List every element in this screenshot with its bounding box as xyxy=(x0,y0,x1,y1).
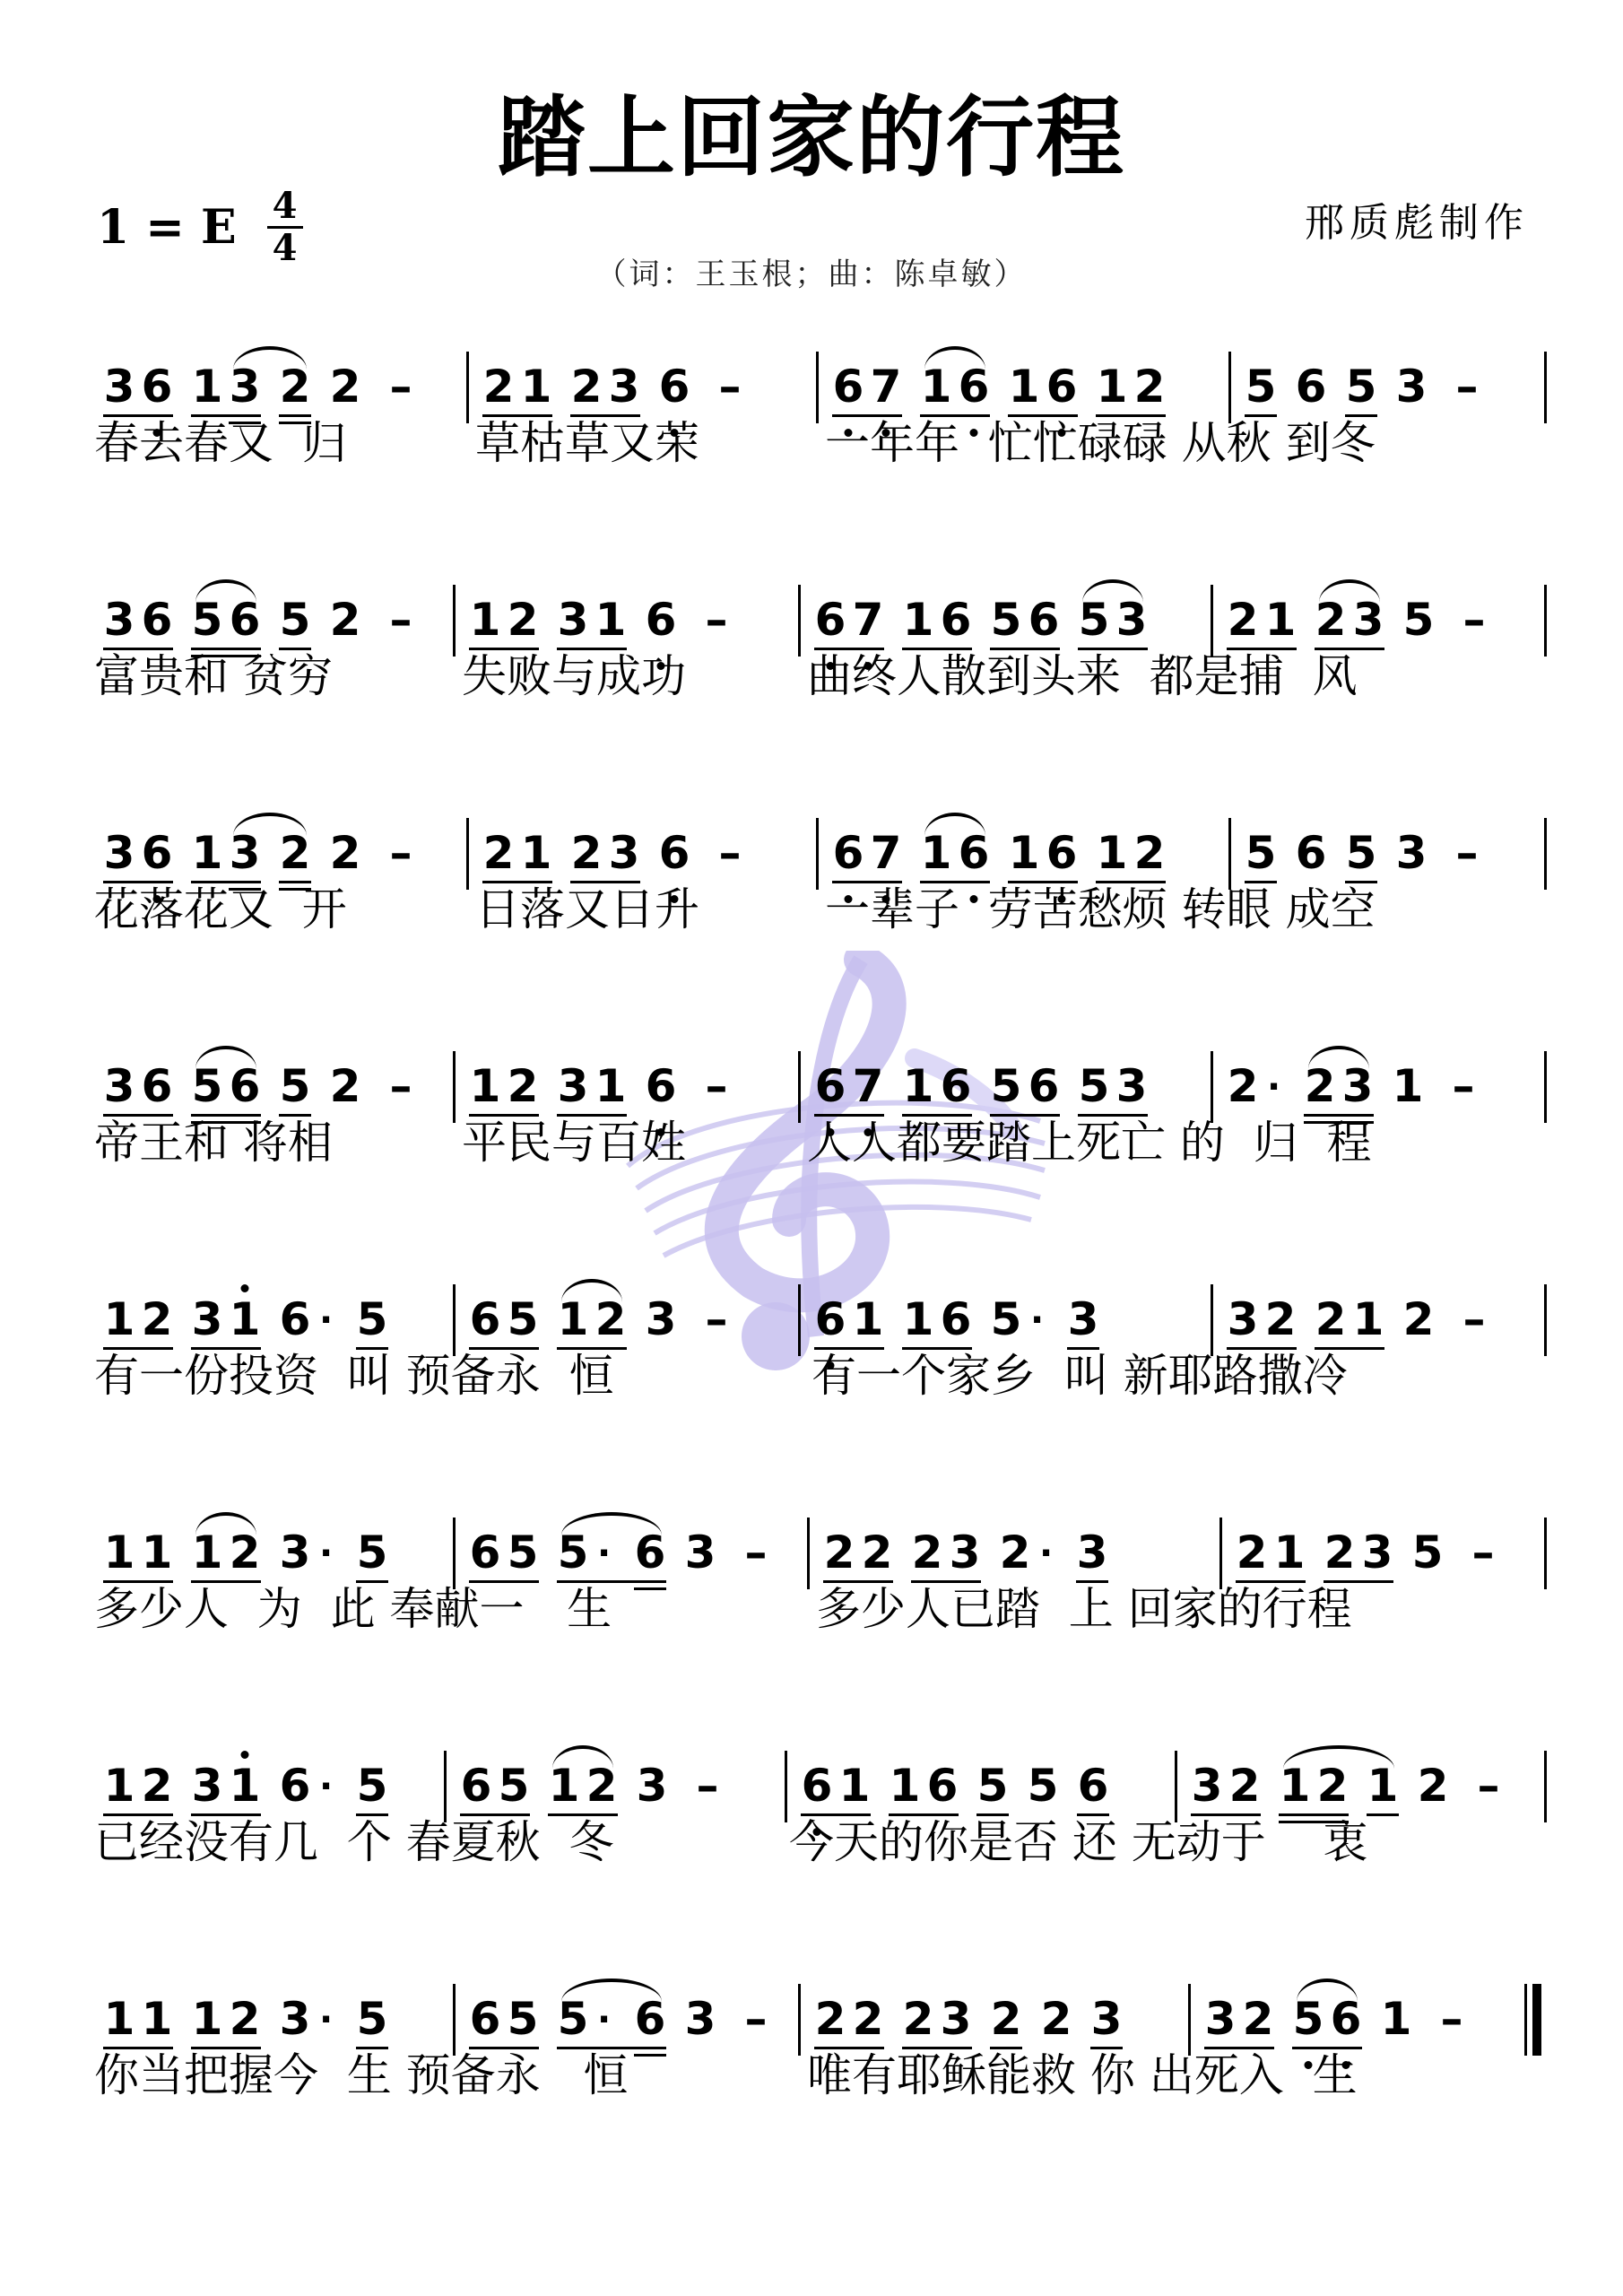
slur-arc xyxy=(561,1979,662,2002)
slur-arc xyxy=(1297,1979,1358,2002)
slur-arc xyxy=(561,1279,622,1302)
lyrics-row: 帝王和 将相平民与百姓人人都要踏上死亡 的 归 程 xyxy=(0,1116,1623,1170)
augmentation-dot: · xyxy=(314,1996,341,2041)
lyric-segment: 春去春又 归 xyxy=(94,416,347,470)
lyrics-row: 春去春又 归草枯草又荣一年年 忙忙碌碌 从秋 到冬 xyxy=(0,416,1623,470)
barline xyxy=(798,1984,801,2056)
final-thick-bar xyxy=(1532,1984,1541,2056)
augmentation-dot: · xyxy=(592,1530,619,1575)
lyrics-row: 你当把握今 生 预备永 恒唯有耶稣能救 你 出死入 生 xyxy=(0,2048,1623,2102)
lyric-segment: 一年年 忙忙碌碌 从秋 到冬 xyxy=(825,416,1376,470)
slur-arc xyxy=(1283,1745,1394,1769)
score-line: 361322–21236–671616125653–花落花又 开日落又日升一辈子… xyxy=(0,800,1623,1033)
barline xyxy=(444,1751,447,1822)
barline xyxy=(453,1518,456,1589)
barline xyxy=(1544,585,1547,657)
lyric-segment: 失败与成功 xyxy=(462,649,686,703)
barline xyxy=(453,1984,456,2056)
lyric-segment: 日落又日升 xyxy=(475,883,699,936)
barline xyxy=(785,1751,787,1822)
lyric-segment: 唯有耶稣能救 你 出死入 生 xyxy=(807,2048,1358,2102)
barline xyxy=(816,818,819,890)
barline xyxy=(1544,1751,1547,1822)
high-octave-dot xyxy=(241,1751,249,1759)
slur-arc xyxy=(561,1512,662,1535)
score-line: 11123·5655·63–22232·321235–多少人 为 此 奉献一 生… xyxy=(0,1500,1623,1733)
barline xyxy=(1544,1051,1547,1123)
slur-arc xyxy=(924,346,985,370)
lyric-segment: 富贵和 贫穷 xyxy=(94,649,333,703)
lyric-segment: 平民与百姓 xyxy=(462,1116,686,1170)
slur-arc xyxy=(233,813,307,836)
slur-arc xyxy=(233,346,307,370)
augmentation-dot: · xyxy=(314,1763,341,1808)
augmentation-dot: · xyxy=(314,1297,341,1342)
barline xyxy=(1544,1284,1547,1356)
barline xyxy=(1228,352,1231,423)
slur-arc xyxy=(1308,1046,1369,1069)
augmentation-dot: · xyxy=(314,1530,341,1575)
barline xyxy=(1544,1518,1547,1589)
barline xyxy=(798,1284,801,1356)
lyric-segment: 有一份投资 叫 预备永 恒 xyxy=(94,1349,613,1403)
barline xyxy=(798,1051,801,1123)
lyric-segment: 有一个家乡 叫 新耶路撒冷 xyxy=(811,1349,1348,1403)
score-line: 12316·565123–6116556321212–已经没有几 个 春夏秋 冬… xyxy=(0,1733,1623,1966)
lyric-segment: 曲终人散到头来 都是捕 风 xyxy=(807,649,1358,703)
barline xyxy=(798,585,801,657)
slur-arc xyxy=(195,1046,256,1069)
lyric-segment: 草枯草又荣 xyxy=(475,416,699,470)
augmentation-dot: · xyxy=(592,1996,619,2041)
barline xyxy=(453,1051,456,1123)
lyric-segment: 今天的你是否 还 无动于 衷 xyxy=(789,1815,1367,1869)
barline xyxy=(1211,1051,1213,1123)
augmentation-dot: · xyxy=(1034,1530,1061,1575)
lyric-segment: 花落花又 开 xyxy=(94,883,347,936)
score-line: 361322–21236–671616125653–春去春又 归草枯草又荣一年年… xyxy=(0,334,1623,567)
final-barline xyxy=(1524,1984,1541,2056)
barline xyxy=(1211,585,1213,657)
lyric-segment: 多少人已踏 上 回家的行程 xyxy=(816,1582,1352,1636)
barline xyxy=(807,1518,810,1589)
lyrics-row: 有一份投资 叫 预备永 恒有一个家乡 叫 新耶路撒冷 xyxy=(0,1349,1623,1403)
score-line: 365652–12316–6716565321235–富贵和 贫穷失败与成功曲终… xyxy=(0,567,1623,800)
lyrics-row: 富贵和 贫穷失败与成功曲终人散到头来 都是捕 风 xyxy=(0,649,1623,703)
key-tonic: 1 = E xyxy=(97,200,237,255)
barline xyxy=(816,352,819,423)
lyric-segment: 一辈子 劳苦愁烦 转眼 成空 xyxy=(825,883,1376,936)
barline xyxy=(1188,1984,1191,2056)
score-line: 12316·565123–61165·332212–有一份投资 叫 预备永 恒有… xyxy=(0,1266,1623,1500)
augmentation-dot: · xyxy=(1262,1064,1289,1109)
final-thin-bar xyxy=(1524,1984,1527,2056)
barline xyxy=(1544,818,1547,890)
lyrics-row: 花落花又 开日落又日升一辈子 劳苦愁烦 转眼 成空 xyxy=(0,883,1623,936)
slur-arc xyxy=(195,579,256,603)
barline xyxy=(1175,1751,1177,1822)
time-top: 4 xyxy=(273,188,298,224)
barline xyxy=(453,1284,456,1356)
lyrics-row: 已经没有几 个 春夏秋 冬今天的你是否 还 无动于 衷 xyxy=(0,1815,1623,1869)
lyricist-composer-credits: （词：王玉根；曲：陈卓敏） xyxy=(0,249,1623,293)
lyric-segment: 人人都要踏上死亡 的 归 程 xyxy=(807,1116,1371,1170)
barline xyxy=(466,352,469,423)
high-octave-dot xyxy=(241,1284,249,1292)
lyric-segment: 已经没有几 个 春夏秋 冬 xyxy=(94,1815,613,1869)
lyric-segment: 帝王和 将相 xyxy=(94,1116,333,1170)
barline xyxy=(1544,352,1547,423)
barline xyxy=(453,585,456,657)
score-line: 365652–12316–671656532·231–帝王和 将相平民与百姓人人… xyxy=(0,1033,1623,1266)
slur-arc xyxy=(552,1745,613,1769)
lyric-segment: 多少人 为 此 奉献一 生 xyxy=(94,1582,612,1636)
barline xyxy=(1228,818,1231,890)
slur-arc xyxy=(1082,579,1143,603)
augmentation-dot: · xyxy=(1025,1297,1052,1342)
lyrics-row: 多少人 为 此 奉献一 生多少人已踏 上 回家的行程 xyxy=(0,1582,1623,1636)
barline xyxy=(1219,1518,1222,1589)
barline xyxy=(1211,1284,1213,1356)
slur-arc xyxy=(1319,579,1380,603)
score-line: 11123·5655·63–222322332561–你当把握今 生 预备永 恒… xyxy=(0,1966,1623,2199)
song-title: 踏上回家的行程 xyxy=(0,94,1623,182)
lyric-segment: 你当把握今 生 预备永 恒 xyxy=(94,2048,628,2102)
arranger-credit: 邢质彪制作 xyxy=(1305,190,1529,248)
barline xyxy=(466,818,469,890)
slur-arc xyxy=(924,813,985,836)
slur-arc xyxy=(195,1512,256,1535)
